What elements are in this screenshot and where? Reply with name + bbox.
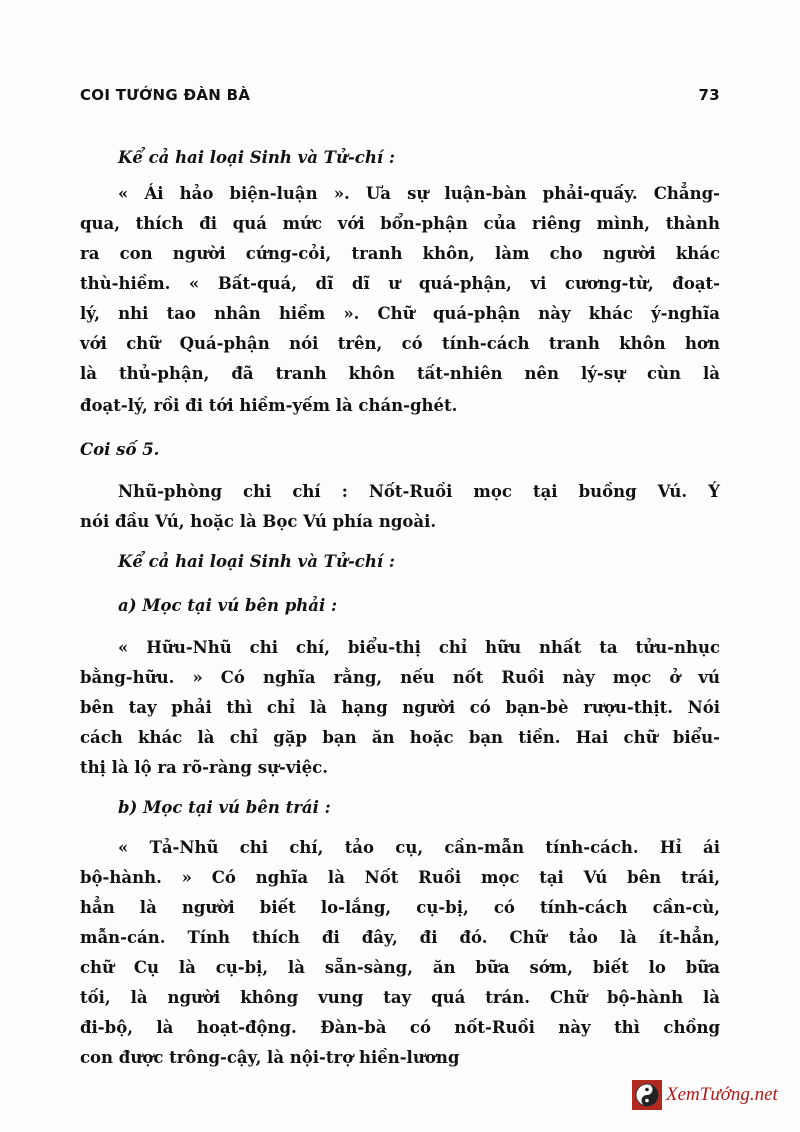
text-line: bằng-hữu. » Có nghĩa rằng, nếu nốt Ruồi … — [80, 668, 720, 688]
text-line: b) Mọc tại vú bên trái : — [118, 798, 720, 818]
text-line: chữ Cụ là cụ-bị, là sẵn-sàng, ăn bữa sớm… — [80, 958, 720, 978]
text-line: Coi số 5. — [80, 440, 720, 460]
text-line: đoạt-lý, rồi đi tới hiềm-yếm là chán-ghé… — [80, 396, 720, 416]
text-line: « Hữu-Nhũ chi chí, biểu-thị chỉ hữu nhất… — [118, 638, 720, 658]
text-line: qua, thích đi quá mức với bổn-phận của r… — [80, 214, 720, 234]
text-line: « Ái hảo biện-luận ». Ưa sự luận-bàn phả… — [118, 184, 720, 204]
text-line: Kể cả hai loại Sinh và Tử-chí : — [118, 148, 720, 168]
page-number: 73 — [699, 86, 720, 104]
text-line: tối, là người không vung tay quá trán. C… — [80, 988, 720, 1008]
text-line: cách khác là chỉ gặp bạn ăn hoặc bạn tiề… — [80, 728, 720, 748]
text-line: ra con người cứng-cỏi, tranh khôn, làm c… — [80, 244, 720, 264]
watermark-logo: XemTướng.net — [632, 1080, 778, 1110]
running-header: COI TƯỚNG ĐÀN BÀ 73 — [80, 86, 720, 104]
book-page: COI TƯỚNG ĐÀN BÀ 73 Kể cả hai loại Sinh … — [80, 0, 720, 1132]
text-line: a) Mọc tại vú bên phải : — [118, 596, 720, 616]
text-line: mẫn-cán. Tính thích đi đây, đi đó. Chữ t… — [80, 928, 720, 948]
yin-yang-icon — [632, 1080, 662, 1110]
text-line: thị là lộ ra rõ-ràng sự-việc. — [80, 758, 720, 778]
text-line: nói đầu Vú, hoặc là Bọc Vú phía ngoài. — [80, 512, 720, 532]
text-line: là thủ-phận, đã tranh khôn tất-nhiên nên… — [80, 364, 720, 384]
text-line: bên tay phải thì chỉ là hạng người có bạ… — [80, 698, 720, 718]
watermark-text: XemTướng.net — [666, 1084, 778, 1106]
text-line: đi-bộ, là hoạt-động. Đàn-bà có nốt-Ruồi … — [80, 1018, 720, 1038]
text-line: với chữ Quá-phận nói trên, có tính-cách … — [80, 334, 720, 354]
text-line: « Tả-Nhũ chi chí, tảo cụ, cần-mẫn tính-c… — [118, 838, 720, 858]
text-line: thù-hiềm. « Bất-quá, dĩ dĩ ư quá-phận, v… — [80, 274, 720, 294]
text-line: con được trông-cậy, là nội-trợ hiền-lươn… — [80, 1048, 720, 1068]
text-line: bộ-hành. » Có nghĩa là Nốt Ruồi mọc tại … — [80, 868, 720, 888]
text-line: hẳn là người biết lo-lắng, cụ-bị, có tín… — [80, 898, 720, 918]
text-line: lý, nhi tao nhân hiềm ». Chữ quá-phận nà… — [80, 304, 720, 324]
text-line: Nhũ-phòng chi chí : Nốt-Ruồi mọc tại buồ… — [118, 482, 720, 502]
running-title: COI TƯỚNG ĐÀN BÀ — [80, 86, 250, 104]
text-line: Kể cả hai loại Sinh và Tử-chí : — [118, 552, 720, 572]
